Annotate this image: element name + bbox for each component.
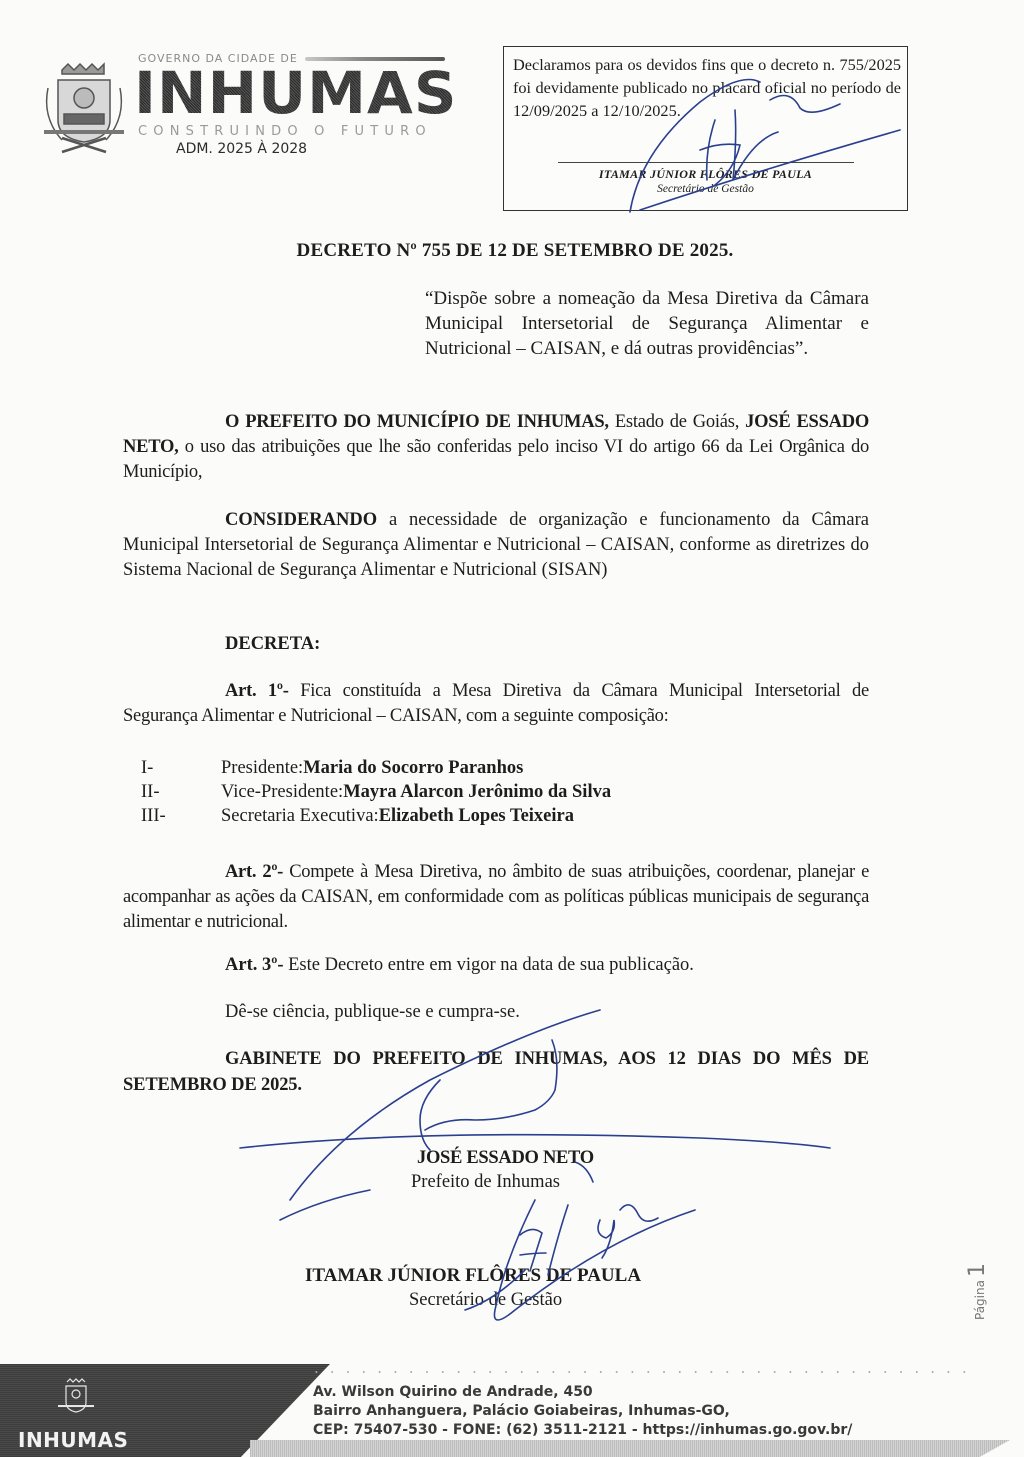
- preamble-lead: O PREFEITO DO MUNICÍPIO DE INHUMAS,: [225, 412, 609, 432]
- member-number: I-: [141, 756, 221, 780]
- list-item: III-Secretaria Executiva: Elizabeth Lope…: [141, 804, 611, 828]
- footer-brand: INHUMAS: [18, 1428, 128, 1452]
- decreta-heading: DECRETA:: [225, 632, 320, 657]
- mayor-signature-role: Prefeito de Inhumas: [411, 1172, 560, 1193]
- page-number-marker: Página1: [965, 1263, 990, 1320]
- footer-grey-band: [250, 1440, 1010, 1457]
- list-item: I-Presidente: Maria do Socorro Paranhos: [141, 756, 611, 780]
- member-name: Maria do Socorro Paranhos: [303, 756, 523, 780]
- page-number: 1: [965, 1263, 990, 1277]
- publication-stamp: Declaramos para os devidos fins que o de…: [503, 46, 908, 211]
- preamble-text-a: Estado de Goiás,: [609, 412, 745, 432]
- stamp-signer-name: ITAMAR JÚNIOR FLÔRES DE PAULA: [504, 167, 907, 182]
- decree-title: DECRETO Nº 755 DE 12 DE SETEMBRO DE 2025…: [0, 240, 1024, 262]
- article-3-label: Art. 3º-: [225, 955, 284, 975]
- page-label: Página: [973, 1280, 987, 1320]
- coat-of-arms-icon: [40, 58, 128, 158]
- address-street: Av. Wilson Quirino de Andrade, 450: [313, 1383, 852, 1402]
- cabinet-text: GABINETE DO PREFEITO DE INHUMAS, AOS 12 …: [123, 1049, 869, 1095]
- article-2: Art. 2º- Compete à Mesa Diretiva, no âmb…: [123, 860, 869, 935]
- members-list: I-Presidente: Maria do Socorro Paranhos …: [141, 756, 611, 828]
- decree-ementa: “Dispõe sobre a nomeação da Mesa Diretiv…: [425, 286, 869, 361]
- stamp-text: Declaramos para os devidos fins que o de…: [513, 53, 901, 122]
- article-1-label: Art. 1º-: [225, 681, 289, 701]
- member-name: Mayra Alarcon Jerônimo da Silva: [343, 780, 611, 804]
- member-role: Presidente:: [221, 756, 303, 780]
- member-role: Secretaria Executiva:: [221, 804, 379, 828]
- secretary-signature-role: Secretário de Gestão: [409, 1290, 562, 1311]
- footer-dotted-ornament: ••••••••••••••••••••••••••••••••••••••••…: [315, 1368, 979, 1377]
- member-name: Elizabeth Lopes Teixeira: [379, 804, 574, 828]
- tagline: CONSTRUINDO O FUTURO: [138, 124, 432, 139]
- member-role: Vice-Presidente:: [221, 780, 343, 804]
- closing-formula: Dê-se ciência, publique-se e cumpra-se.: [225, 1000, 520, 1025]
- considering-lead: CONSIDERANDO: [225, 510, 377, 530]
- footer-coat-of-arms-icon: [54, 1376, 98, 1418]
- mayor-signature-name: JOSÉ ESSADO NETO: [417, 1148, 594, 1169]
- stamp-signer-role: Secretário de Gestão: [504, 183, 907, 195]
- cabinet-statement: GABINETE DO PREFEITO DE INHUMAS, AOS 12 …: [123, 1046, 869, 1098]
- article-3-text: Este Decreto entre em vigor na data de s…: [284, 955, 694, 975]
- footer-address: Av. Wilson Quirino de Andrade, 450 Bairr…: [313, 1383, 852, 1440]
- stamp-signature-line: [558, 162, 854, 163]
- article-2-label: Art. 2º-: [225, 862, 283, 882]
- preamble-paragraph: O PREFEITO DO MUNICÍPIO DE INHUMAS, Esta…: [123, 410, 869, 485]
- address-contact: CEP: 75407-530 - FONE: (62) 3511-2121 - …: [313, 1421, 852, 1440]
- city-brand: INHUMAS: [134, 64, 457, 122]
- preamble-text-b: o uso das atribuições que lhe são confer…: [123, 437, 869, 482]
- address-district: Bairro Anhanguera, Palácio Goiabeiras, I…: [313, 1402, 852, 1421]
- article-1: Art. 1º- Fica constituída a Mesa Diretiv…: [123, 679, 869, 729]
- administration-label: ADM. 2025 À 2028: [176, 141, 307, 157]
- member-number: II-: [141, 780, 221, 804]
- considering-paragraph: CONSIDERANDO a necessidade de organizaçã…: [123, 508, 869, 583]
- secretary-signature-name: ITAMAR JÚNIOR FLÔRES DE PAULA: [305, 1265, 641, 1287]
- list-item: II-Vice-Presidente: Mayra Alarcon Jerôni…: [141, 780, 611, 804]
- member-number: III-: [141, 804, 221, 828]
- article-3: Art. 3º- Este Decreto entre em vigor na …: [225, 953, 694, 978]
